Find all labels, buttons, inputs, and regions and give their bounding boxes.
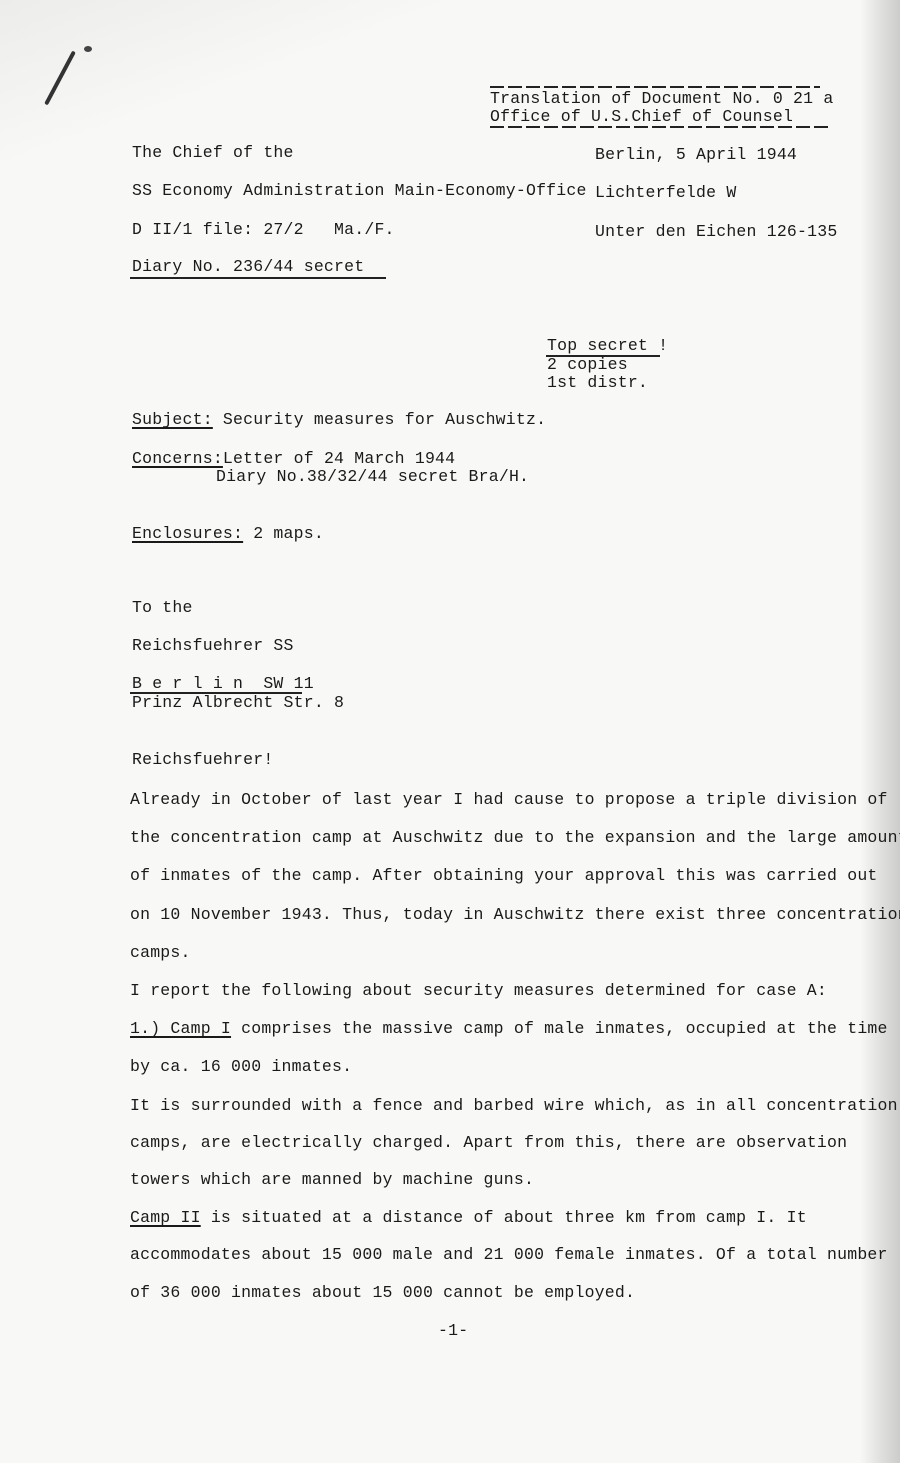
body-p1-line-2: the concentration camp at Auschwitz due … — [130, 828, 900, 848]
concerns-line: Concerns:Letter of 24 March 1944 — [132, 449, 455, 469]
header-top-rule — [490, 86, 820, 88]
body-p3-line-2: by ca. 16 000 inmates. — [130, 1057, 352, 1077]
sender-diary-no: Diary No. 236/44 secret — [132, 257, 364, 277]
body-p5-line-2: accommodates about 15 000 male and 21 00… — [130, 1245, 888, 1265]
subject-text: Security measures for Auschwitz. — [213, 410, 546, 429]
document-page: Translation of Document No. 0 21 a Offic… — [0, 0, 900, 1463]
classification-distribution: 1st distr. — [547, 373, 648, 393]
body-p3-line-1: 1.) Camp I comprises the massive camp of… — [130, 1019, 888, 1039]
translation-line-1: Translation of Document No. 0 21 a — [490, 89, 833, 109]
page-number: -1- — [438, 1321, 468, 1341]
body-p5-line-1-text: is situated at a distance of about three… — [201, 1208, 807, 1227]
place-date: Berlin, 5 April 1944 — [595, 145, 797, 165]
header-bottom-rule — [490, 126, 832, 128]
body-p5-line-3: of 36 000 inmates about 15 000 cannot be… — [130, 1283, 635, 1303]
camp-1-label: 1.) Camp I — [130, 1019, 231, 1038]
classification-copies: 2 copies — [547, 355, 628, 375]
place-street: Unter den Eichen 126-135 — [595, 222, 837, 242]
sender-line-1: The Chief of the — [132, 143, 294, 163]
body-p4-line-3: towers which are manned by machine guns. — [130, 1170, 534, 1190]
body-p5-line-1: Camp II is situated at a distance of abo… — [130, 1208, 807, 1228]
body-p1-line-4: on 10 November 1943. Thus, today in Ausc… — [130, 905, 900, 925]
subject-line: Subject: Security measures for Auschwitz… — [132, 410, 546, 430]
concerns-label: Concerns: — [132, 449, 223, 468]
sender-line-2: SS Economy Administration Main-Economy-O… — [132, 181, 587, 201]
recipient-street: Prinz Albrecht Str. 8 — [132, 693, 344, 713]
enclosures-label: Enclosures: — [132, 524, 243, 543]
recipient-line-1: To the — [132, 598, 193, 618]
body-p1-line-3: of inmates of the camp. After obtaining … — [130, 866, 878, 886]
recipient-city: B e r l i n SW 11 — [132, 674, 314, 694]
enclosures-text: 2 maps. — [243, 524, 324, 543]
recipient-name: Reichsfuehrer SS — [132, 636, 294, 656]
body-p2: I report the following about security me… — [130, 981, 827, 1001]
body-p1-line-1: Already in October of last year I had ca… — [130, 790, 888, 810]
pen-mark-dot — [84, 46, 92, 52]
subject-label: Subject: — [132, 410, 213, 429]
pen-mark — [44, 51, 76, 106]
body-p4-line-2: camps, are electrically charged. Apart f… — [130, 1133, 847, 1153]
salutation: Reichsfuehrer! — [132, 750, 273, 770]
translation-line-2: Office of U.S.Chief of Counsel — [490, 107, 793, 127]
enclosures-line: Enclosures: 2 maps. — [132, 524, 324, 544]
classification-top-secret: Top secret ! — [547, 336, 668, 356]
camp-2-label: Camp II — [130, 1208, 201, 1227]
sender-file-ref: D II/1 file: 27/2 Ma./F. — [132, 220, 395, 240]
body-p4-line-1: It is surrounded with a fence and barbed… — [130, 1096, 898, 1116]
diary-underline — [130, 277, 386, 279]
concerns-diary: Diary No.38/32/44 secret Bra/H. — [216, 467, 529, 487]
body-p1-line-5: camps. — [130, 943, 191, 963]
body-p3-line-1-text: comprises the massive camp of male inmat… — [231, 1019, 888, 1038]
place-district: Lichterfelde W — [595, 183, 736, 203]
concerns-letter: Letter of 24 March 1944 — [223, 449, 455, 468]
